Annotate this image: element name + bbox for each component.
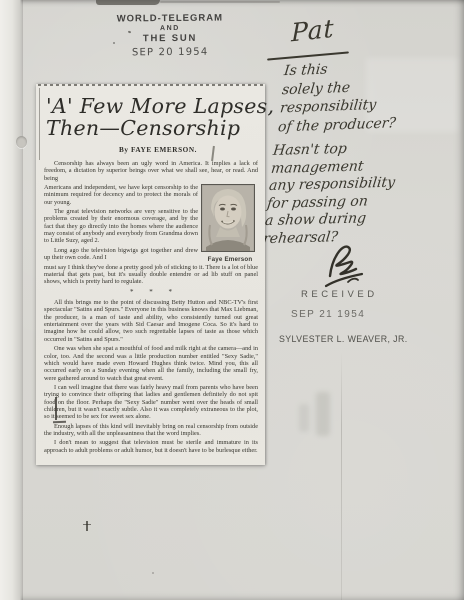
paragraph-closing: I don't mean to suggest that television … bbox=[44, 439, 258, 454]
paragraph-mail: I can well imagine that there was fairly… bbox=[44, 384, 258, 421]
ink-bleedthrough-smudge bbox=[316, 392, 330, 436]
text-photo-row: Americans and independent, we have kept … bbox=[44, 184, 258, 264]
handwritten-question-2: Hasn't top management any responsibility… bbox=[262, 139, 424, 248]
scan-top-edge-artifact bbox=[96, 0, 160, 5]
article-body: Censorship has always been an ugly word … bbox=[44, 160, 258, 454]
column-rule bbox=[39, 88, 40, 160]
scanned-memo-page: WORLD-TELEGRAM AND THE SUN SEP 20 1954 P… bbox=[0, 0, 464, 600]
article-byline: By FAYE EMERSON. bbox=[58, 146, 258, 154]
paper-crease bbox=[341, 352, 342, 600]
paper-edge-seam bbox=[22, 0, 23, 600]
scan-top-edge-line bbox=[160, 1, 280, 3]
faye-emerson-photo bbox=[202, 185, 254, 251]
headline-line1: 'A' Few More Lapses, bbox=[46, 95, 258, 117]
paragraph-code-narrow: Long ago the television bigwigs got toge… bbox=[44, 247, 198, 262]
paragraph-code-full: must say I think they've done a pretty g… bbox=[44, 264, 258, 286]
paragraph-lapses: One was when she spat a mouthful of food… bbox=[44, 345, 258, 382]
punch-hole bbox=[16, 136, 27, 148]
masthead-line1: WORLD-TELEGRAM bbox=[115, 13, 225, 25]
masthead-date-stamp: WORLD-TELEGRAM AND THE SUN SEP 20 1954 bbox=[115, 13, 225, 59]
handwritten-question-1: Is this solely the responsibility of the… bbox=[277, 58, 415, 137]
scanner-edge-strip bbox=[0, 0, 22, 600]
paragraph-warning: Enough lapses of this kind will inevitab… bbox=[44, 423, 258, 438]
masthead-line3: THE SUN bbox=[115, 33, 225, 45]
paragraph-networks: The great television networks are very s… bbox=[44, 208, 198, 245]
article-headline: 'A' Few More Lapses, Then—Censorship bbox=[46, 95, 258, 139]
masthead-line2: AND bbox=[115, 25, 225, 33]
handwritten-salutation: Pat bbox=[291, 14, 334, 48]
headline-line2: Then—Censorship bbox=[46, 117, 258, 139]
paragraph-satins: All this brings me to the point of discu… bbox=[44, 299, 258, 343]
pencil-margin-line bbox=[55, 397, 57, 420]
masthead-date: SEP 20 1954 bbox=[115, 47, 225, 59]
newspaper-clipping: 'A' Few More Lapses, Then—Censorship By … bbox=[36, 84, 265, 465]
intro-paragraph-full: Censorship has always been an ugly word … bbox=[44, 160, 258, 182]
asterisk-separator: * * * bbox=[51, 289, 258, 296]
narrow-text-column: Americans and independent, we have kept … bbox=[44, 184, 198, 264]
ink-speck bbox=[152, 572, 154, 574]
photo-caption: Faye Emerson bbox=[202, 256, 258, 263]
received-stamp-status: RECEIVED bbox=[301, 289, 378, 300]
pencil-tick-mark bbox=[86, 521, 88, 531]
ink-bleedthrough-smudge bbox=[299, 404, 309, 432]
photo-column: Faye Emerson bbox=[202, 184, 258, 264]
signature-scribble bbox=[318, 238, 370, 294]
received-stamp-date: SEP 21 1954 bbox=[291, 309, 365, 320]
intro-paragraph-narrow: Americans and independent, we have kept … bbox=[44, 184, 198, 206]
received-stamp-recipient: SYLVESTER L. WEAVER, JR. bbox=[279, 334, 408, 344]
